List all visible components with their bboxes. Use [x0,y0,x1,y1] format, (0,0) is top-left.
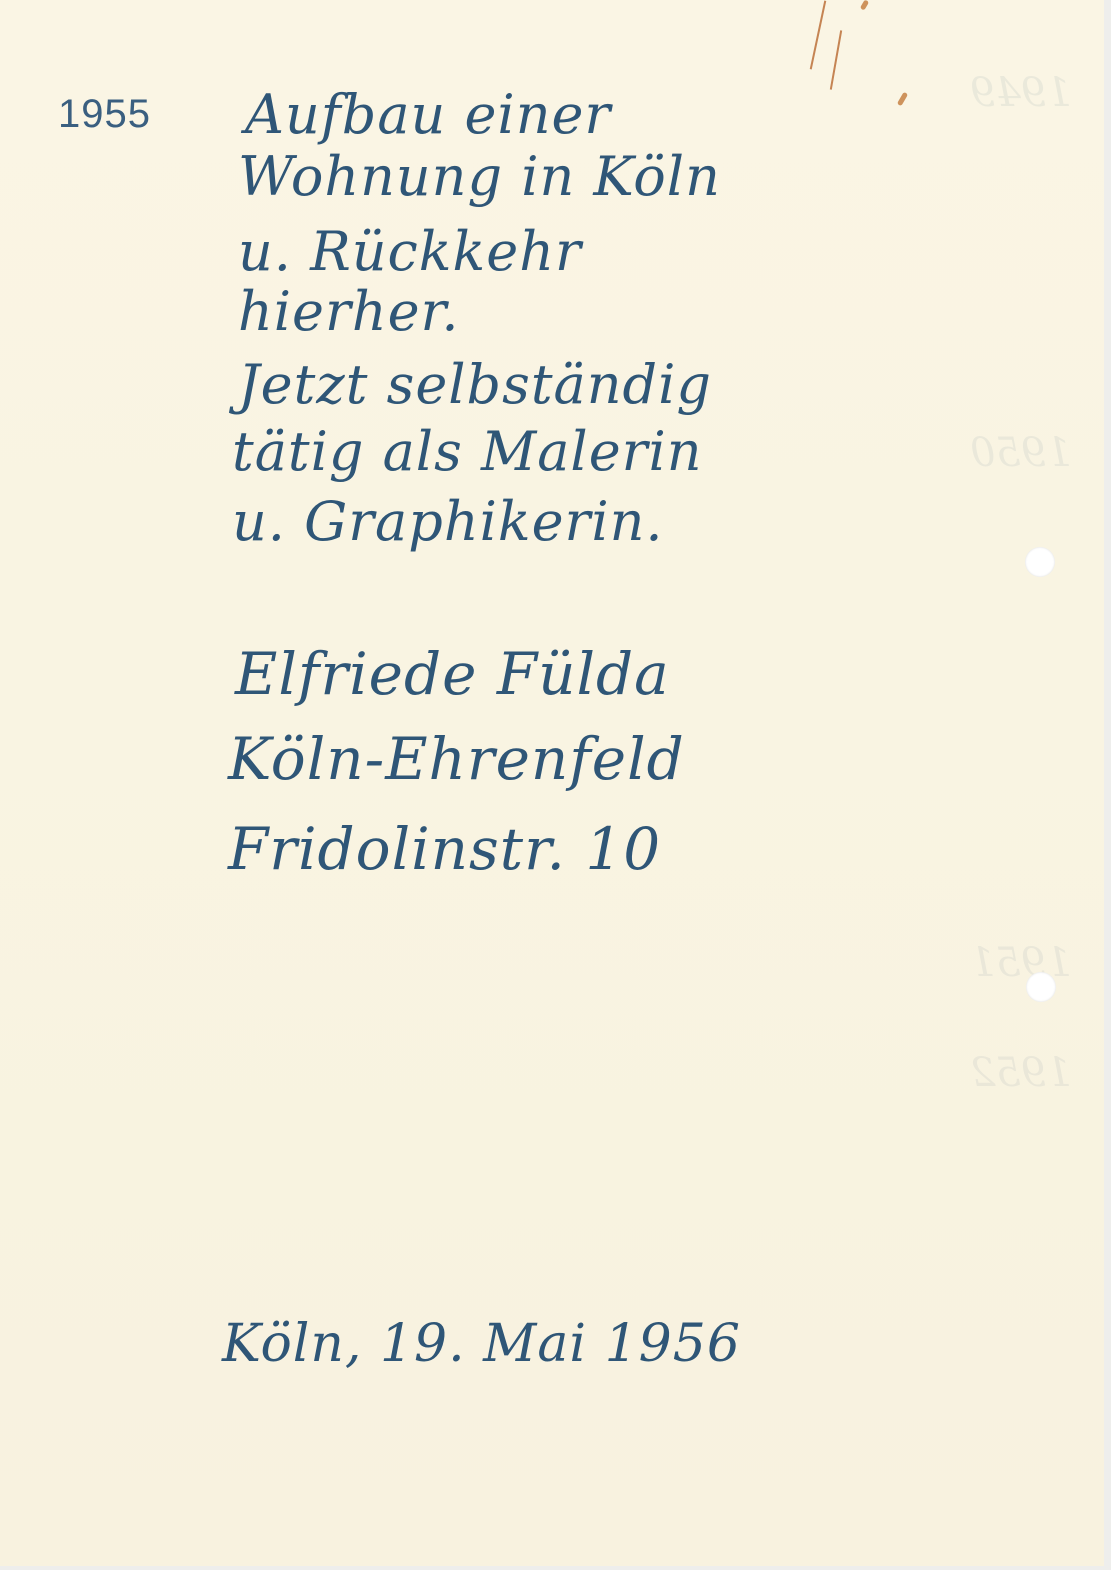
scan-border-right [1104,0,1111,1570]
punch-hole [1026,972,1056,1002]
entry-line: u. Rückkehr [238,225,582,279]
bleed-through-year: 1951 [970,940,1072,986]
scan-border-bottom [0,1566,1111,1570]
bleed-through-year: 1952 [970,1050,1072,1096]
punch-hole [1025,547,1055,577]
entry-line: Jetzt selbständig [238,358,712,412]
document-page: 1949 1950 1951 1952 1955 Aufbau einer Wo… [0,0,1104,1566]
entry-line: Wohnung in Köln [238,150,721,204]
ink-stain [860,0,869,11]
bleed-through-year: 1950 [970,430,1072,476]
entry-line: hierher. [238,285,460,339]
place-date: Köln, 19. Mai 1956 [222,1318,741,1370]
ink-stain [897,92,908,107]
ink-stain [810,1,827,70]
entry-line: u. Graphikerin. [232,495,664,549]
entry-line: tätig als Malerin [232,425,703,479]
signature-address-line-2: Fridolinstr. 10 [228,820,661,878]
signature-name: Elfriede Fülda [235,645,670,703]
ink-stain [830,30,842,89]
bleed-through-year: 1949 [970,70,1072,116]
entry-year: 1955 [58,92,151,137]
entry-line: Aufbau einer [245,88,611,142]
signature-address-line-1: Köln-Ehrenfeld [228,730,685,788]
